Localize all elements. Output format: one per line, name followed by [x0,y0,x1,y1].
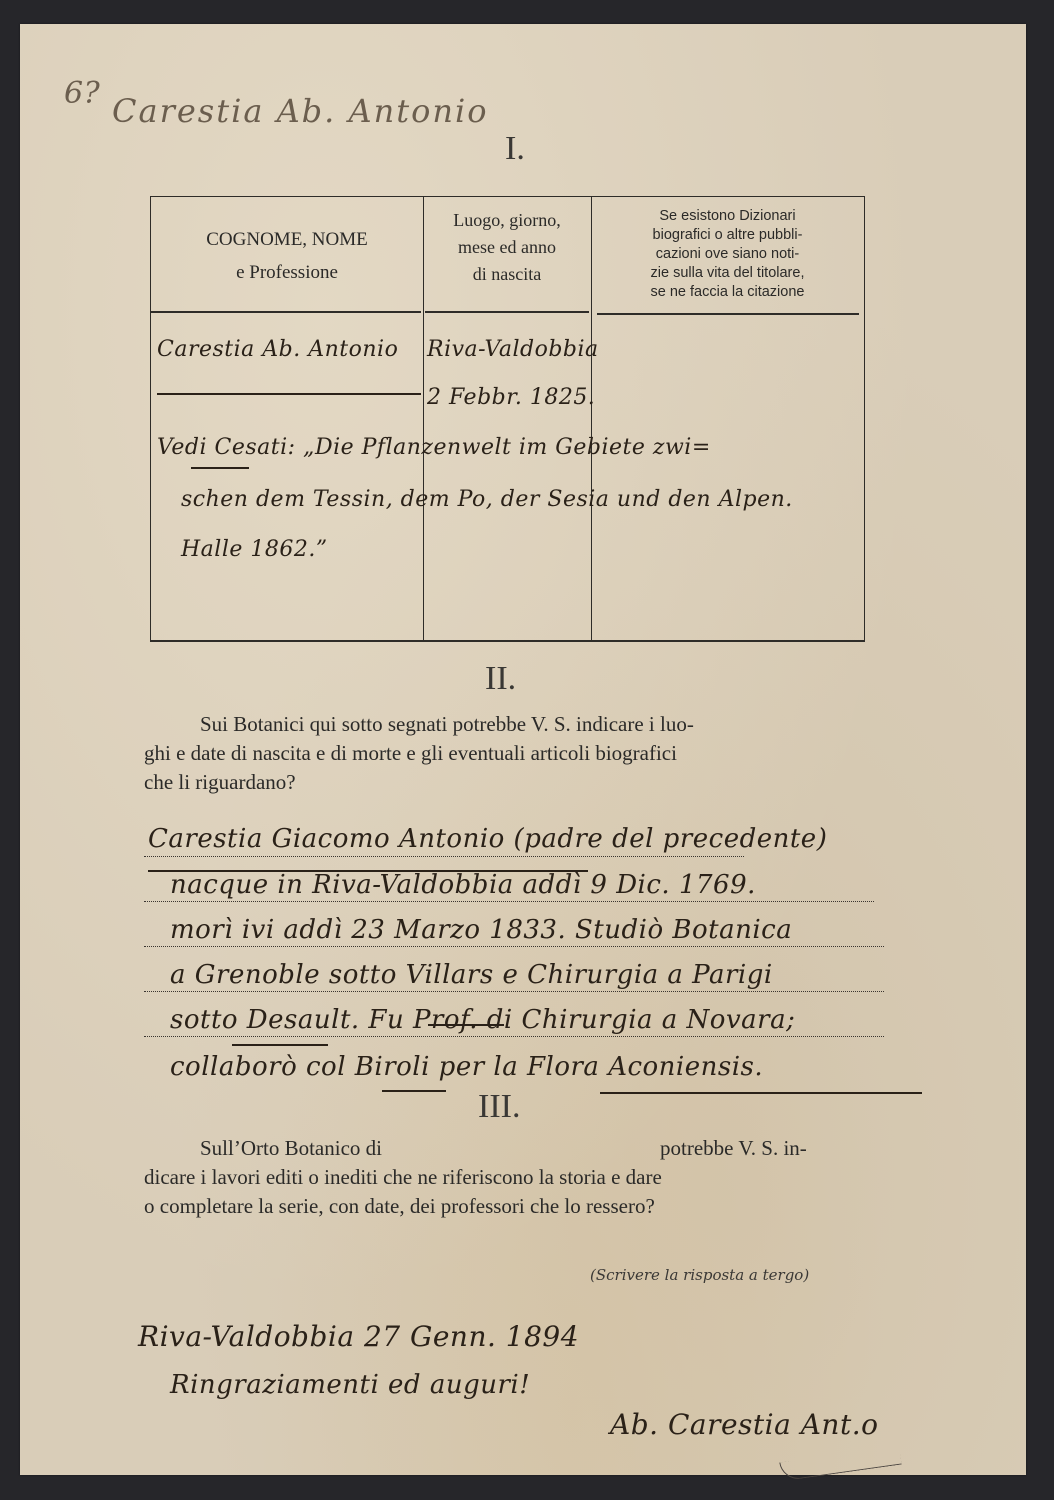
name-underline [157,393,421,395]
section-2-question-line-2: ghi e date di nascita e di morte e gli e… [144,739,677,768]
birthdate-entry: 2 Febbr. 1825. [427,385,595,410]
reply-on-back-note: (Scrivere la risposta a tergo) [590,1266,809,1284]
answer-line-3: morì ivi addì 23 Marzo 1833. Studiò Bota… [170,915,792,945]
answer-dotted-line-1 [144,856,744,857]
answer-line-2: nacque in Riva-Valdobbia addì 9 Dic. 176… [170,870,756,900]
header-line: mese ed anno [423,234,591,261]
signature-flourish [779,1446,901,1482]
flora-underline [600,1092,922,1094]
header-rule-2 [425,311,589,313]
citation-line-2: schen dem Tessin, dem Po, der Sesia und … [181,487,793,512]
closing-place-date: Riva-Valdobbia 27 Genn. 1894 [138,1320,579,1353]
header-profession-line: e Professione [151,256,423,289]
citation-line-1: Vedi Cesati: „Die Pflanzenwelt im Gebiet… [157,435,711,460]
section-3-question-line-1b: potrebbe V. S. in- [660,1134,807,1163]
answer-line-1: Carestia Giacomo Antonio (padre del prec… [148,824,827,854]
biographical-table: COGNOME, NOME e Professione Luogo, giorn… [150,196,865,642]
header-line: se ne faccia la citazione [591,283,864,302]
header-name-profession: COGNOME, NOME e Professione [151,223,423,289]
header-line: di nascita [423,261,591,288]
header-line: biografici o altre pubbli- [591,226,864,245]
section-1-numeral: I. [505,130,525,168]
section-2-question-line-1: Sui Botanici qui sotto segnati potrebbe … [200,710,694,739]
birthplace-entry: Riva-Valdobbia [427,337,599,362]
signature: Ab. Carestia Ant.o [610,1408,878,1441]
desault-underline [232,1044,328,1046]
section-3-numeral: III. [478,1088,520,1126]
answer-line-4: a Grenoble sotto Villars e Chirurgia a P… [170,960,773,990]
closing-greeting: Ringraziamenti ed auguri! [170,1370,530,1400]
name-entry: Carestia Ab. Antonio [157,337,398,362]
pencil-name-annotation: Carestia Ab. Antonio [112,92,488,130]
answer-line-6: collaborò col Biroli per la Flora Aconie… [170,1052,763,1082]
section-3-question-line-3: o completare la serie, con date, dei pro… [144,1192,655,1221]
citation-line-3: Halle 1862.” [181,537,328,562]
answer-dotted-line-4 [144,991,884,992]
section-3-question-line-2: dicare i lavori editi o inediti che ne r… [144,1163,662,1192]
answer-line-5: sotto Desault. Fu Prof. di Chirurgia a N… [170,1005,795,1035]
section-3-question-line-1a: Sull’Orto Botanico di [200,1134,382,1163]
answer-dotted-line-5 [144,1036,884,1037]
header-birth-place-date: Luogo, giorno, mese ed anno di nascita [423,207,591,288]
pencil-number: 6? [64,76,100,111]
header-rule-1 [151,311,421,313]
header-line: Se esistono Dizionari [591,207,864,226]
header-biographical-citations: Se esistono Dizionari biografici o altre… [591,207,864,302]
cesati-underline [191,467,249,469]
answer-dotted-line-2 [144,901,874,902]
header-rule-3 [597,313,859,315]
header-line: zie sulla vita del titolare, [591,264,864,283]
section-2-question-line-3: che li riguardano? [144,768,296,797]
header-line: Luogo, giorno, [423,207,591,234]
biroli-underline [382,1090,446,1092]
section-2-numeral: II. [485,660,516,698]
document-sheet: 6? Carestia Ab. Antonio I. COGNOME, NOME… [20,24,1026,1475]
answer-dotted-line-3 [144,946,884,947]
header-line: cazioni ove siano noti- [591,245,864,264]
header-name-line: COGNOME, NOME [151,223,423,256]
